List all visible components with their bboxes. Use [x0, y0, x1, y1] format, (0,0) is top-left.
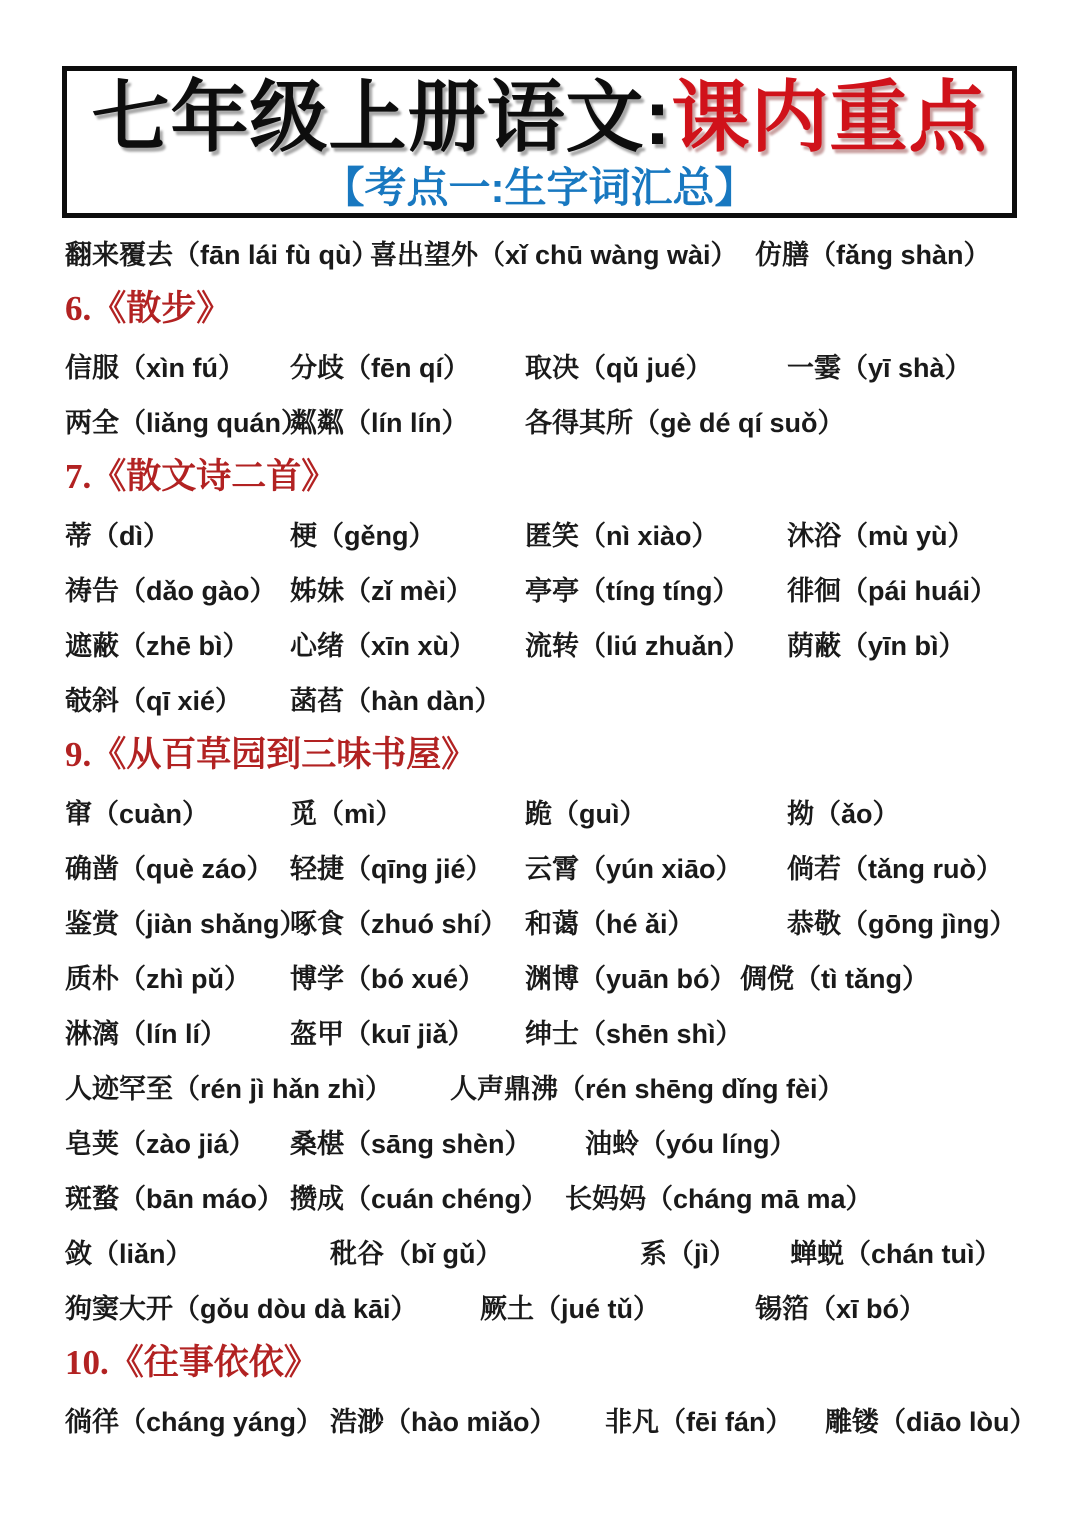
title-red-highlight: 课内重点	[671, 73, 987, 161]
vocab-word: 信服（xìn fú）	[65, 346, 290, 385]
vocab-word: 攒成（cuán chéng）	[290, 1177, 565, 1216]
vocab-word: 锡箔（xī bó）	[755, 1287, 1017, 1326]
vocab-word: 绅士（shēn shì）	[525, 1012, 1017, 1051]
vocab-word: 轻捷（qīng jié）	[290, 847, 525, 886]
vocab-word: 雕镂（diāo lòu）	[825, 1400, 1037, 1439]
vocab-word: 跪（guì）	[525, 792, 787, 831]
vocab-word: 桑椹（sāng shèn）	[290, 1122, 585, 1161]
vocab-word: 沐浴（mù yù）	[787, 514, 1017, 553]
vocab-word: 拗（ǎo）	[787, 792, 1017, 831]
vocab-word: 倘若（tǎng ruò）	[787, 847, 1017, 886]
vocab-word: 恭敬（gōng jìng）	[787, 902, 1017, 941]
section-heading-10: 10.《往事依依》	[65, 1334, 1017, 1392]
vocab-word: 系（jì）	[640, 1232, 790, 1271]
vocab-word: 长妈妈（cháng mā ma）	[565, 1177, 1017, 1216]
word-row: 敛（liǎn） 秕谷（bǐ gǔ） 系（jì） 蝉蜕（chán tuì）	[65, 1224, 1017, 1279]
vocab-word: 厥土（jué tǔ）	[480, 1287, 755, 1326]
vocab-word: 流转（liú zhuǎn）	[525, 624, 787, 663]
vocab-word: 确凿（què záo）	[65, 847, 290, 886]
vocab-word: 祷告（dǎo gào）	[65, 569, 290, 608]
page-title: 七年级上册语文:课内重点	[67, 69, 1012, 165]
vocab-word: 质朴（zhì pǔ）	[65, 957, 290, 996]
vocab-word: 徘徊（pái huái）	[787, 569, 1017, 608]
vocab-word: 遮蔽（zhē bì）	[65, 624, 290, 663]
vocab-word: 菡萏（hàn dàn）	[290, 679, 1017, 718]
word-row: 窜（cuàn） 觅（mì） 跪（guì） 拗（ǎo）	[65, 784, 1017, 839]
vocab-word: 和蔼（hé ǎi）	[525, 902, 787, 941]
vocab-word: 盔甲（kuī jiǎ）	[290, 1012, 525, 1051]
vocab-word: 徜徉（cháng yáng）	[65, 1400, 330, 1439]
vocab-word: 云霄（yún xiāo）	[525, 847, 787, 886]
word-row: 遮蔽（zhē bì） 心绪（xīn xù） 流转（liú zhuǎn） 荫蔽（y…	[65, 616, 1017, 671]
word-row: 攲斜（qī xié） 菡萏（hàn dàn）	[65, 671, 1017, 726]
vocab-word: 窜（cuàn）	[65, 792, 290, 831]
vocab-word: 姊妹（zǐ mèi）	[290, 569, 525, 608]
vocab-word: 心绪（xīn xù）	[290, 624, 525, 663]
vocab-word: 一霎（yī shà）	[787, 346, 1017, 385]
vocab-word: 非凡（fēi fán）	[605, 1400, 825, 1439]
vocab-word: 鉴赏（jiàn shǎng）	[65, 902, 290, 941]
vocab-word: 敛（liǎn）	[65, 1232, 330, 1271]
word-row: 皂荚（zào jiá） 桑椹（sāng shèn） 油蛉（yóu líng）	[65, 1114, 1017, 1169]
vocab-word: 粼粼（lín lín）	[290, 401, 525, 440]
word-row: 确凿（què záo） 轻捷（qīng jié） 云霄（yún xiāo） 倘若…	[65, 839, 1017, 894]
section-heading-6: 6.《散步》	[65, 280, 1017, 338]
vocab-word: 秕谷（bǐ gǔ）	[330, 1232, 640, 1271]
word-row: 人迹罕至（rén jì hǎn zhì） 人声鼎沸（rén shēng dǐng…	[65, 1059, 1017, 1114]
vocab-word: 觅（mì）	[290, 792, 525, 831]
word-row: 狗窦大开（gǒu dòu dà kāi） 厥土（jué tǔ） 锡箔（xī bó…	[65, 1279, 1017, 1334]
vocab-word: 油蛉（yóu líng）	[585, 1122, 1017, 1161]
word-row: 信服（xìn fú） 分歧（fēn qí） 取决（qǔ jué） 一霎（yī s…	[65, 338, 1017, 393]
word-row: 质朴（zhì pǔ） 博学（bó xué） 渊博（yuān bó） 倜傥（tì …	[65, 949, 1017, 1004]
vocab-word: 翻来覆去（fān lái fù qù）	[65, 233, 370, 272]
title-box: 七年级上册语文:课内重点 【考点一:生字词汇总】	[62, 66, 1017, 218]
word-row: 鉴赏（jiàn shǎng） 啄食（zhuó shí） 和蔼（hé ǎi） 恭敬…	[65, 894, 1017, 949]
vocab-word: 两全（liǎng quán）	[65, 401, 290, 440]
vocab-word: 亭亭（tíng tíng）	[525, 569, 787, 608]
vocab-word: 淋漓（lín lí）	[65, 1012, 290, 1051]
vocab-word: 人声鼎沸（rén shēng dǐng fèi）	[450, 1067, 1017, 1106]
vocab-word: 取决（qǔ jué）	[525, 346, 787, 385]
vocab-word: 各得其所（gè dé qí suǒ）	[525, 401, 1017, 440]
word-row: 淋漓（lín lí） 盔甲（kuī jiǎ） 绅士（shēn shì）	[65, 1004, 1017, 1059]
vocab-word: 狗窦大开（gǒu dòu dà kāi）	[65, 1287, 480, 1326]
word-row: 祷告（dǎo gào） 姊妹（zǐ mèi） 亭亭（tíng tíng） 徘徊（…	[65, 561, 1017, 616]
vocab-word: 啄食（zhuó shí）	[290, 902, 525, 941]
exam-point-subtitle: 【考点一:生字词汇总】	[67, 165, 1012, 211]
word-row: 斑蝥（bān máo） 攒成（cuán chéng） 长妈妈（cháng mā …	[65, 1169, 1017, 1224]
vocab-word: 蒂（dì）	[65, 514, 290, 553]
vocab-content: 翻来覆去（fān lái fù qù） 喜出望外（xǐ chū wàng wài…	[65, 225, 1017, 1447]
vocab-word: 攲斜（qī xié）	[65, 679, 290, 718]
vocab-word: 皂荚（zào jiá）	[65, 1122, 290, 1161]
vocab-word: 斑蝥（bān máo）	[65, 1177, 290, 1216]
vocab-word: 仿膳（fǎng shàn）	[755, 233, 1017, 272]
vocab-word: 博学（bó xué）	[290, 957, 525, 996]
vocab-word: 渊博（yuān bó）	[525, 957, 740, 996]
section-heading-7: 7.《散文诗二首》	[65, 448, 1017, 506]
title-black-part: 七年级上册语文:	[92, 73, 672, 161]
worksheet-page: 七年级上册语文:课内重点 【考点一:生字词汇总】 翻来覆去（fān lái fù…	[0, 0, 1080, 1529]
vocab-word: 人迹罕至（rén jì hǎn zhì）	[65, 1067, 450, 1106]
word-row: 蒂（dì） 梗（gěng） 匿笑（nì xiào） 沐浴（mù yù）	[65, 506, 1017, 561]
word-row: 两全（liǎng quán） 粼粼（lín lín） 各得其所（gè dé qí…	[65, 393, 1017, 448]
vocab-word: 分歧（fēn qí）	[290, 346, 525, 385]
word-row: 翻来覆去（fān lái fù qù） 喜出望外（xǐ chū wàng wài…	[65, 225, 1017, 280]
vocab-word: 匿笑（nì xiào）	[525, 514, 787, 553]
vocab-word: 荫蔽（yīn bì）	[787, 624, 1017, 663]
vocab-word: 蝉蜕（chán tuì）	[790, 1232, 1017, 1271]
section-heading-9: 9.《从百草园到三味书屋》	[65, 726, 1017, 784]
word-row: 徜徉（cháng yáng） 浩渺（hào miǎo） 非凡（fēi fán） …	[65, 1392, 1017, 1447]
vocab-word: 喜出望外（xǐ chū wàng wài）	[370, 233, 755, 272]
vocab-word: 浩渺（hào miǎo）	[330, 1400, 605, 1439]
vocab-word: 梗（gěng）	[290, 514, 525, 553]
vocab-word: 倜傥（tì tǎng）	[740, 957, 1017, 996]
